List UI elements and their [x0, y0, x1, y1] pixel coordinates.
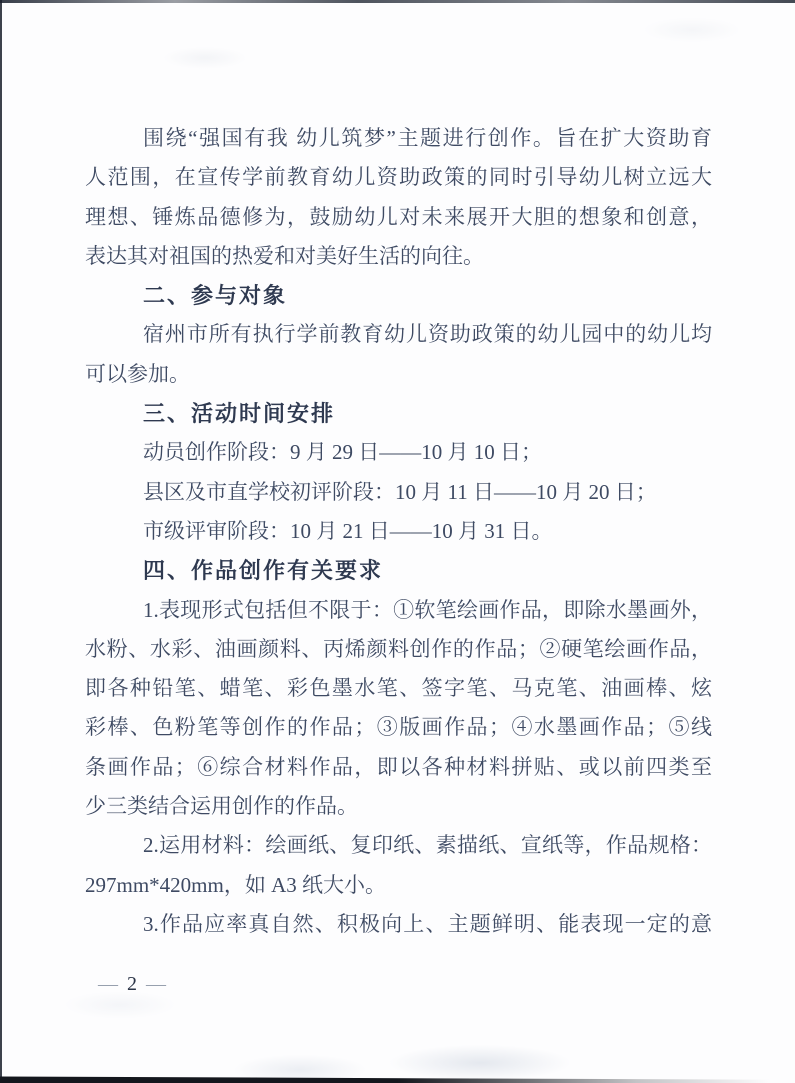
scan-edge-top — [0, 0, 795, 3]
schedule-phase-3: 市级评审阶段：10 月 21 日——10 月 31 日。 — [85, 512, 712, 551]
text-line: 即各种铅笔、蜡笔、彩色墨水笔、签字笔、马克笔、油画棒、炫 — [85, 669, 712, 708]
schedule-phase-2: 县区及市直学校初评阶段：10 月 11 日——10 月 20 日； — [85, 473, 712, 512]
text-line: 少三类结合运用创作的作品。 — [85, 787, 712, 826]
text-line: 围绕“强国有我 幼儿筑梦”主题进行创作。旨在扩大资助育 — [85, 119, 712, 158]
document-body: 围绕“强国有我 幼儿筑梦”主题进行创作。旨在扩大资助育人范围，在宣传学前教育幼儿… — [85, 119, 712, 944]
text-line: 动员创作阶段：9 月 29 日——10 月 10 日； — [85, 433, 712, 472]
intro-paragraph: 围绕“强国有我 幼儿筑梦”主题进行创作。旨在扩大资助育人范围，在宣传学前教育幼儿… — [85, 119, 712, 276]
page-number-dash-right: — — [146, 971, 166, 997]
text-line: 水粉、水彩、油画颜料、丙烯颜料创作的作品；②硬笔绘画作品， — [85, 630, 712, 669]
requirement-3-paragraph: 3.作品应率真自然、积极向上、主题鲜明、能表现一定的意 — [85, 905, 712, 944]
text-line: 2.运用材料：绘画纸、复印纸、素描纸、宣纸等，作品规格： — [85, 826, 712, 865]
text-line: 1.表现形式包括但不限于：①软笔绘画作品，即除水墨画外， — [85, 591, 712, 630]
scan-edge-bottom — [0, 1075, 795, 1083]
scanned-page: 围绕“强国有我 幼儿筑梦”主题进行创作。旨在扩大资助育人范围，在宣传学前教育幼儿… — [0, 0, 795, 1083]
text-line: 3.作品应率真自然、积极向上、主题鲜明、能表现一定的意 — [85, 905, 712, 944]
page-number-value: 2 — [127, 971, 137, 997]
section-heading-schedule: 三、活动时间安排 — [85, 394, 712, 433]
text-line: 市级评审阶段：10 月 21 日——10 月 31 日。 — [85, 512, 712, 551]
text-line: 297mm*420mm，如 A3 纸大小。 — [85, 866, 712, 905]
scan-edge-left — [0, 0, 2, 1083]
text-line: 表达其对祖国的热爱和对美好生活的向往。 — [85, 237, 712, 276]
text-line: 宿州市所有执行学前教育幼儿资助政策的幼儿园中的幼儿均 — [85, 315, 712, 354]
text-line: 县区及市直学校初评阶段：10 月 11 日——10 月 20 日； — [85, 473, 712, 512]
text-line: 理想、锤炼品德修为，鼓励幼儿对未来展开大胆的想象和创意， — [85, 198, 712, 237]
requirement-2-paragraph: 2.运用材料：绘画纸、复印纸、素描纸、宣纸等，作品规格：297mm*420mm，… — [85, 826, 712, 905]
participants-paragraph: 宿州市所有执行学前教育幼儿资助政策的幼儿园中的幼儿均可以参加。 — [85, 315, 712, 394]
schedule-phase-1: 动员创作阶段：9 月 29 日——10 月 10 日； — [85, 433, 712, 472]
heading-line: 三、活动时间安排 — [85, 394, 712, 433]
heading-line: 二、参与对象 — [85, 276, 712, 315]
section-heading-participants: 二、参与对象 — [85, 276, 712, 315]
page-number: — 2 — — [98, 971, 166, 997]
text-line: 彩棒、色粉笔等创作的作品；③版画作品；④水墨画作品；⑤线 — [85, 708, 712, 747]
section-heading-requirements: 四、作品创作有关要求 — [85, 551, 712, 590]
page-number-dash-left: — — [98, 971, 118, 997]
text-line: 条画作品；⑥综合材料作品，即以各种材料拼贴、或以前四类至 — [85, 748, 712, 787]
requirement-1-paragraph: 1.表现形式包括但不限于：①软笔绘画作品，即除水墨画外，水粉、水彩、油画颜料、丙… — [85, 591, 712, 827]
heading-line: 四、作品创作有关要求 — [85, 551, 712, 590]
text-line: 可以参加。 — [85, 355, 712, 394]
text-line: 人范围，在宣传学前教育幼儿资助政策的同时引导幼儿树立远大 — [85, 158, 712, 197]
